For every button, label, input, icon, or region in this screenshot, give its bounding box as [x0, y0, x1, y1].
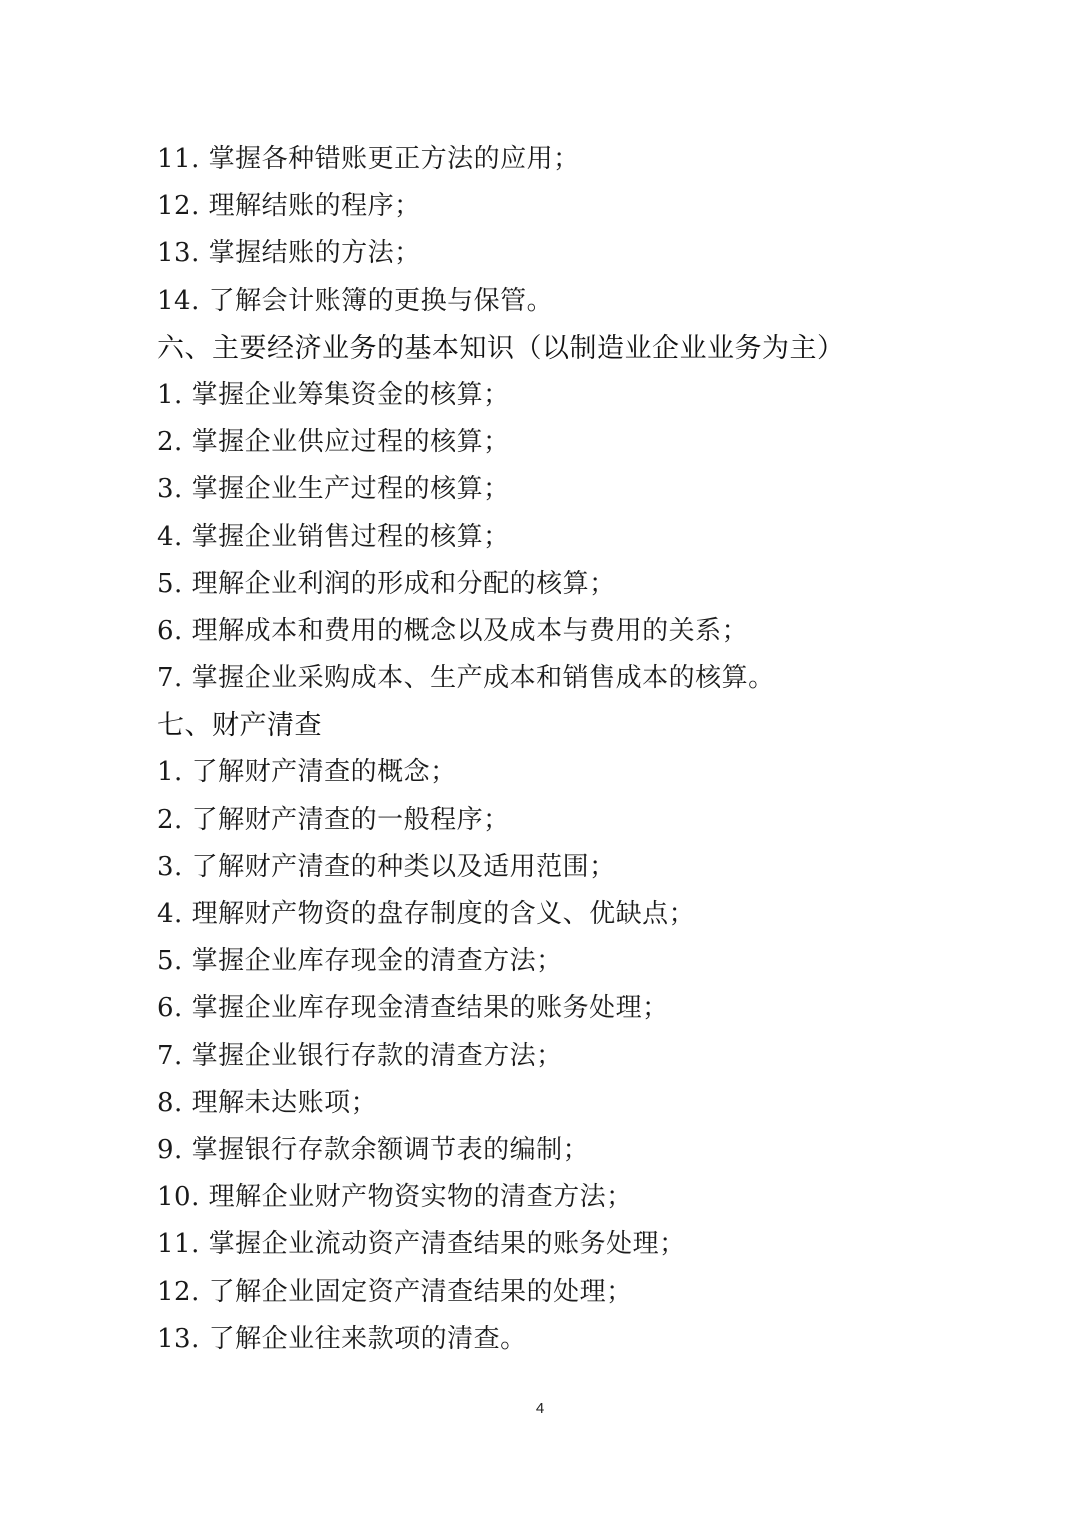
list-item: 1. 掌握企业筹集资金的核算； [157, 372, 937, 419]
list-item: 4. 理解财产物资的盘存制度的含义、优缺点； [157, 891, 937, 938]
page-content: 11. 掌握各种错账更正方法的应用； 12. 理解结账的程序； 13. 掌握结账… [157, 136, 937, 1363]
list-item: 3. 了解财产清查的种类以及适用范围； [157, 844, 937, 891]
list-item: 11. 掌握企业流动资产清查结果的账务处理； [157, 1221, 937, 1268]
section-heading: 六、主要经济业务的基本知识（以制造业企业业务为主） [157, 325, 937, 372]
section-6: 六、主要经济业务的基本知识（以制造业企业业务为主） 1. 掌握企业筹集资金的核算… [157, 325, 937, 703]
section-heading: 七、财产清查 [157, 702, 937, 749]
list-item: 11. 掌握各种错账更正方法的应用； [157, 136, 937, 183]
list-item: 7. 掌握企业银行存款的清查方法； [157, 1033, 937, 1080]
list-item: 4. 掌握企业销售过程的核算； [157, 514, 937, 561]
list-item: 10. 理解企业财产物资实物的清查方法； [157, 1174, 937, 1221]
list-item: 8. 理解未达账项； [157, 1080, 937, 1127]
document-page: 11. 掌握各种错账更正方法的应用； 12. 理解结账的程序； 13. 掌握结账… [0, 0, 1080, 1528]
list-item: 12. 理解结账的程序； [157, 183, 937, 230]
list-item: 13. 了解企业往来款项的清查。 [157, 1316, 937, 1363]
list-item: 5. 理解企业利润的形成和分配的核算； [157, 561, 937, 608]
page-number: 4 [0, 1400, 1080, 1417]
continued-list: 11. 掌握各种错账更正方法的应用； 12. 理解结账的程序； 13. 掌握结账… [157, 136, 937, 325]
list-item: 3. 掌握企业生产过程的核算； [157, 466, 937, 513]
list-item: 14. 了解会计账簿的更换与保管。 [157, 278, 937, 325]
list-item: 9. 掌握银行存款余额调节表的编制； [157, 1127, 937, 1174]
list-item: 6. 理解成本和费用的概念以及成本与费用的关系； [157, 608, 937, 655]
list-item: 13. 掌握结账的方法； [157, 230, 937, 277]
list-item: 2. 了解财产清查的一般程序； [157, 797, 937, 844]
list-item: 1. 了解财产清查的概念； [157, 749, 937, 796]
list-item: 2. 掌握企业供应过程的核算； [157, 419, 937, 466]
list-item: 6. 掌握企业库存现金清查结果的账务处理； [157, 985, 937, 1032]
list-item: 5. 掌握企业库存现金的清查方法； [157, 938, 937, 985]
list-item: 7. 掌握企业采购成本、生产成本和销售成本的核算。 [157, 655, 937, 702]
list-item: 12. 了解企业固定资产清查结果的处理； [157, 1269, 937, 1316]
section-7: 七、财产清查 1. 了解财产清查的概念； 2. 了解财产清查的一般程序； 3. … [157, 702, 937, 1363]
